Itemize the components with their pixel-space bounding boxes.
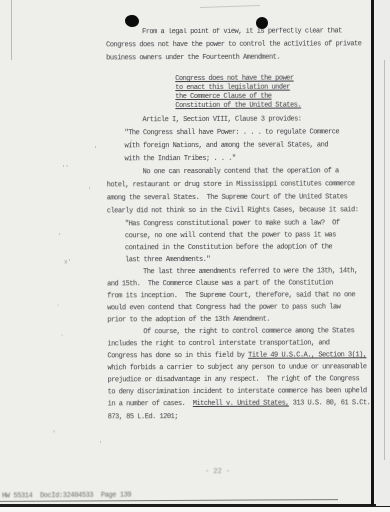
margin-mark: ' — [99, 440, 103, 447]
text-line: includes the right to control interstate… — [107, 339, 329, 348]
text-line: 873, 85 L.Ed. 1201; — [108, 413, 178, 421]
text-line: "The Congress shall have Power: . . . to… — [124, 128, 339, 137]
text-line: The last three amendments referred to we… — [143, 267, 358, 276]
text-line: No one can reasonably contend that the o… — [143, 167, 339, 176]
text-line: course, no one will contend that the pow… — [125, 231, 336, 240]
margin-mark: . — [56, 301, 60, 308]
text-line: Congress has done so in this field by Ti… — [107, 351, 366, 360]
margin-mark: : — [129, 138, 133, 145]
text-line: with the Indian Tribes; . . ." — [125, 155, 236, 163]
text-line: clearly did not think so in the Civil Ri… — [107, 206, 359, 215]
text-line: "Has Congress constitutional power to ma… — [125, 219, 340, 228]
scan-right-edge — [371, 0, 374, 506]
margin-mark: x' — [64, 259, 71, 266]
text-line: and 15th. The Commerce Clause was a part… — [107, 279, 333, 288]
text-line: which forbids a carrier to subject any p… — [107, 363, 366, 372]
footer-stamp: HW 55314 DocId:32404533 Page 139 — [2, 492, 131, 501]
margin-mark: , — [53, 427, 57, 434]
text-line: to enact this legislation under — [175, 84, 290, 93]
text-line: prejudice or disadvantage in any respect… — [108, 375, 360, 384]
text-line: Congress does not have the power to cont… — [106, 40, 361, 49]
text-line: to deny discrimination incident to inter… — [108, 387, 367, 396]
text-line: Congress does not have the power — [175, 75, 293, 84]
text-line: Article I, Section VIII, Clause 3 provid… — [142, 116, 301, 125]
text-line: business owners under the Fourteenth Ame… — [106, 54, 280, 63]
margin-mark: ' — [94, 145, 98, 152]
scan-bottom-margin — [0, 507, 390, 512]
scan-right-edge-faint — [384, 60, 385, 460]
text-line: Constitution of the United States. — [175, 102, 301, 111]
text-line: the Commerce Clause of the — [175, 93, 271, 101]
margin-mark: . — [60, 331, 64, 338]
text-line: hotel, restaurant or drug store in Missi… — [107, 180, 355, 189]
text-line: in a number of cases. Mitchell v. United… — [108, 399, 371, 408]
scan-left-edge — [11, 0, 12, 60]
document-page: From a legal point of view, it is perfec… — [0, 0, 390, 512]
page-number: - 22 - — [205, 468, 230, 476]
text-line: prior to the adoption of the 13th Amendm… — [107, 316, 270, 325]
margin-mark: ' — [58, 233, 62, 240]
text-line: with foreign Nations, and among the seve… — [125, 141, 329, 150]
text-line: From a legal point of view, it is perfec… — [142, 27, 342, 36]
margin-mark: ' — [88, 186, 92, 193]
text-line: would even contend that Congress had the… — [107, 303, 340, 312]
margin-mark: '' — [62, 165, 69, 172]
text-line: from its inception. The Supreme Court, t… — [107, 291, 355, 300]
text-line: Of course, the right to control commerce… — [143, 327, 354, 336]
scan-right-margin — [376, 0, 390, 506]
text-line: last three Amendments." — [125, 256, 210, 264]
document-text: From a legal point of view, it is perfec… — [0, 0, 390, 512]
text-line: contained in the Constitution before the… — [125, 243, 332, 252]
text-line: among the several States. The Supreme Co… — [107, 193, 348, 202]
